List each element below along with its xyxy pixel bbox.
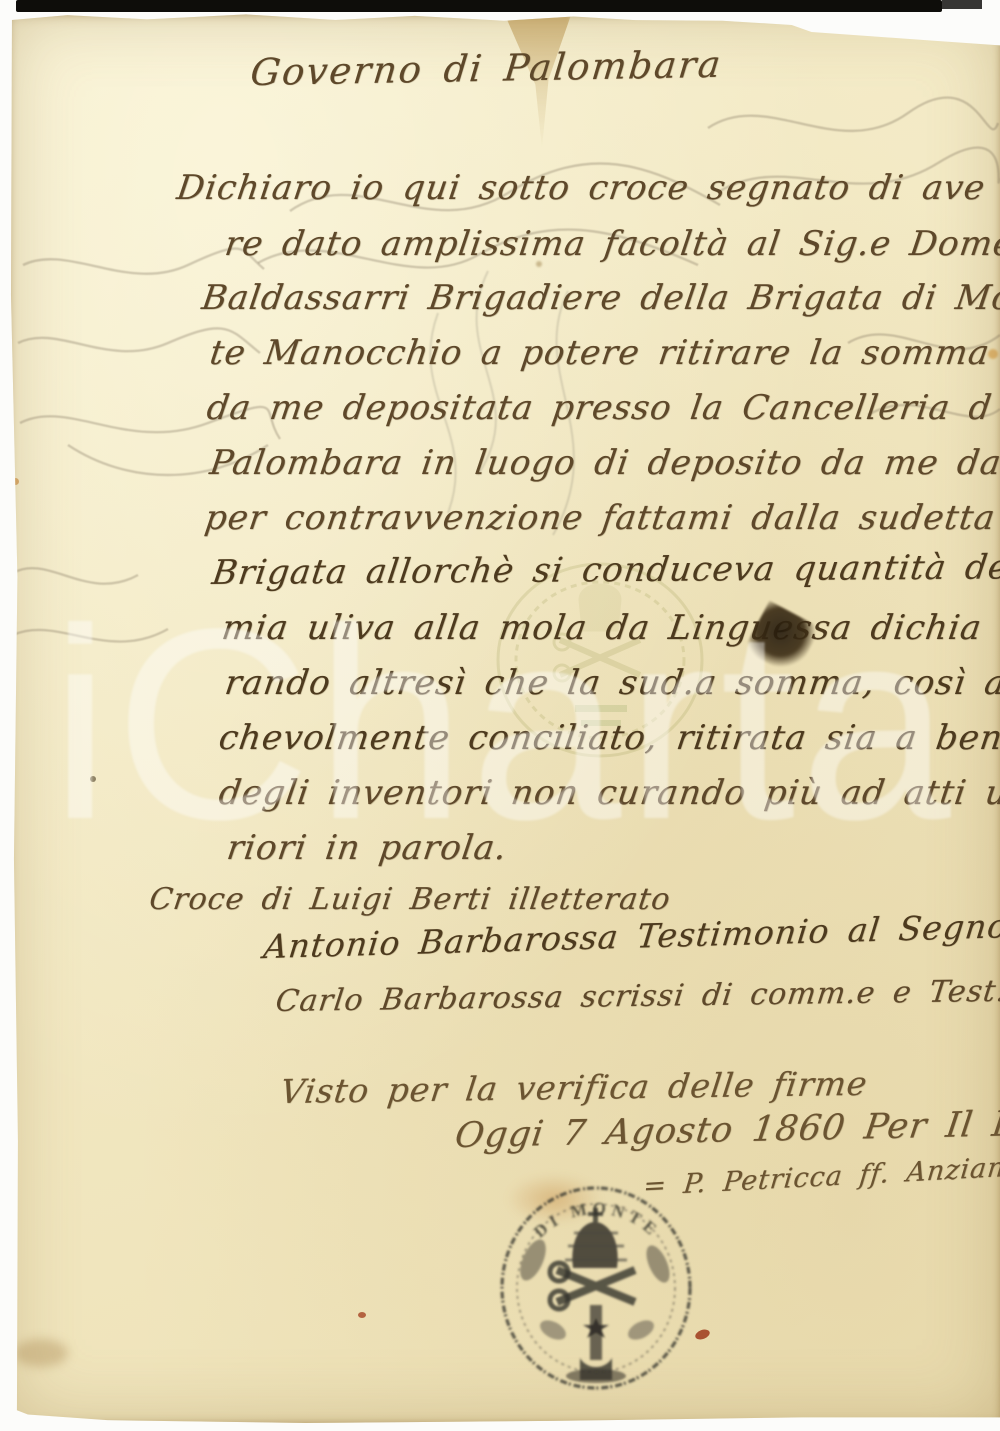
body-line: chevolmente conciliato, ritirata sia a b… xyxy=(216,718,1000,758)
paper-edge-stain xyxy=(14,1339,68,1367)
document-title: Governo di Palombara xyxy=(248,43,724,94)
paper-sheet: Governo di Palombara Dichiaro io qui sot… xyxy=(8,13,1000,1423)
body-line: re dato amplissima facoltà al Sig.e Dome… xyxy=(222,224,1000,264)
body-line: degli inventori non curando più ad atti … xyxy=(216,773,1000,813)
verification-note: Visto per la verifica delle firme xyxy=(278,1064,870,1111)
body-line: Baldassarri Brigadiere della Brigata di … xyxy=(199,278,1000,318)
body-line: Dichiaro io qui sotto croce segnato di a… xyxy=(174,168,988,208)
scanner-edge-bar xyxy=(16,0,942,12)
body-line: riori in parola. xyxy=(224,828,509,868)
signature-line-cross-mark: Croce di Luigi Berti illetterato xyxy=(147,882,673,917)
body-line: mia uliva alla mola da Linguessa dichia xyxy=(219,608,984,648)
body-line: Brigata allorchè si conduceva quantità d… xyxy=(210,547,1000,593)
body-line: te Manocchio a potere ritirare la somma xyxy=(207,333,992,373)
body-line: Palombara in luogo di deposito da me dat xyxy=(207,443,1000,483)
body-line: per contravvenzione fattami dalla sudett… xyxy=(202,498,998,538)
scanned-document: Governo di Palombara Dichiaro io qui sot… xyxy=(0,0,1000,1431)
foxing-dot xyxy=(90,776,96,782)
body-line: rando altresì che la sud.a somma, così a… xyxy=(222,663,1000,703)
body-line: da me depositata presso la Cancelleria d xyxy=(204,388,994,428)
scanner-edge-bar xyxy=(942,0,982,9)
municipal-ink-stamp: DI MONTE xyxy=(495,1180,697,1398)
foxing-dot xyxy=(12,478,19,485)
red-wax-speck xyxy=(358,1312,366,1318)
